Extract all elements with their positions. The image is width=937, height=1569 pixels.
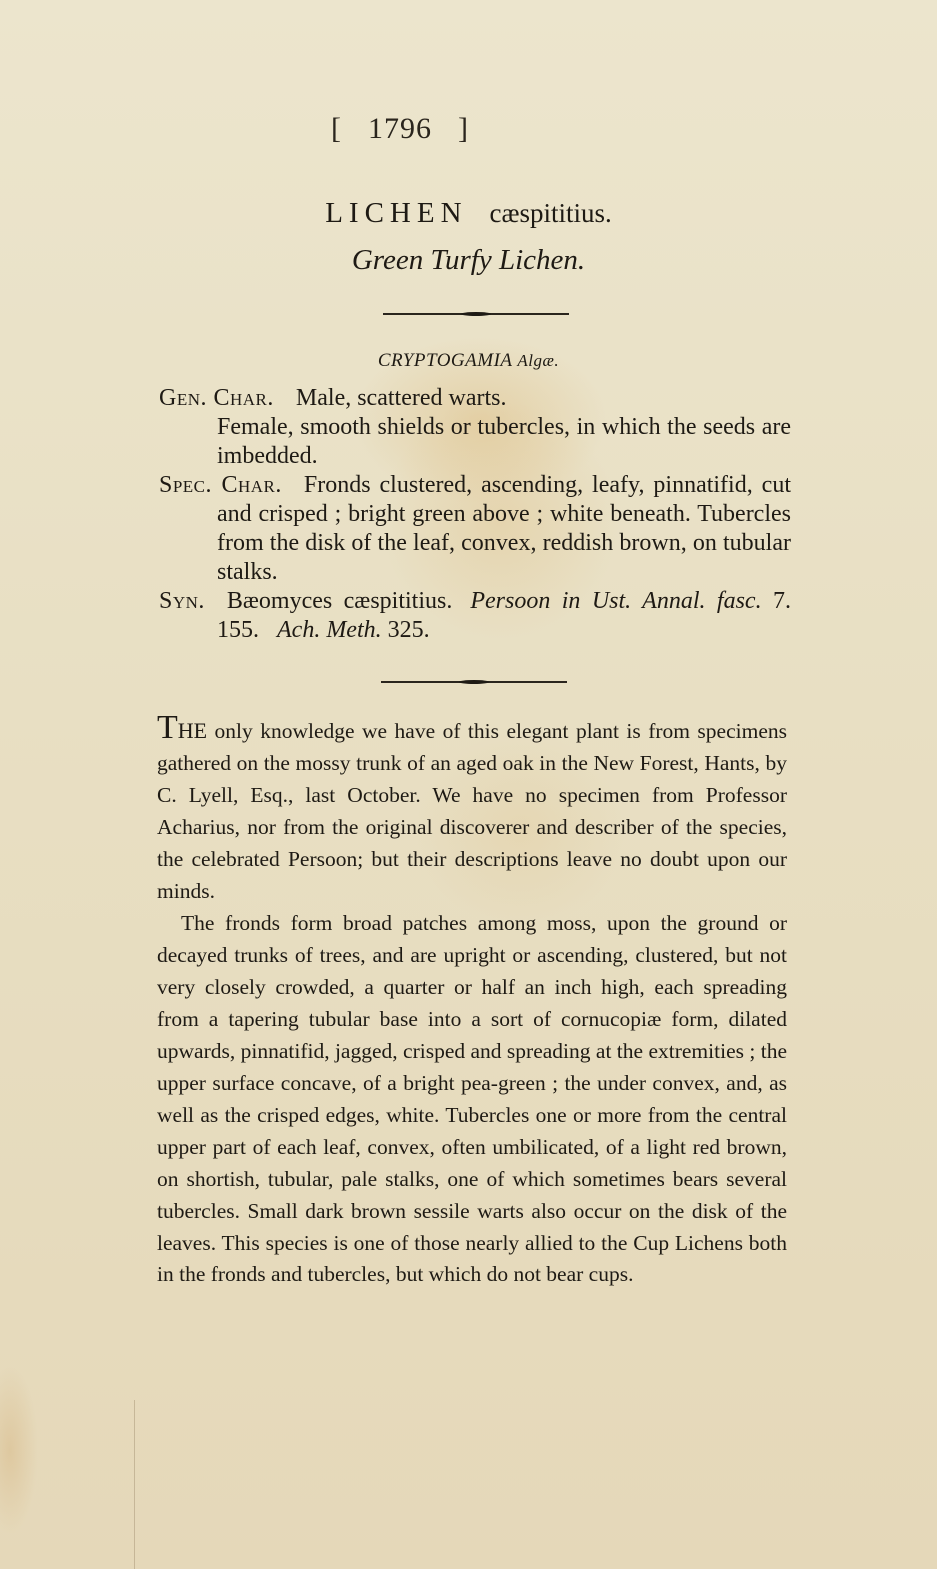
classification: CRYPTOGAMIA Algæ. (0, 350, 937, 372)
generic-character-female-row: Female, smooth shields or tubercles, in … (159, 413, 791, 471)
genus-name: LICHEN (325, 197, 467, 229)
description-body: THE only knowledge we have of this elega… (157, 715, 787, 1291)
synonym-ref-1: Persoon in Ust. Annal. fasc. (470, 588, 761, 614)
scanned-book-page: [1796] LICHENcæspititius. Green Turfy Li… (0, 0, 937, 1569)
species-title: LICHENcæspititius. (0, 196, 937, 230)
paragraph-2: The fronds form broad patches among moss… (157, 908, 787, 1291)
species-epithet: cæspititius. (490, 198, 612, 228)
synonym-name: Bæomyces cæspititius. (227, 588, 452, 614)
character-definitions: Gen. Char.Male, scattered warts. Female,… (159, 384, 791, 645)
synonym-label: Syn. (159, 588, 205, 614)
divider-rule (381, 681, 567, 683)
generic-character-female: Female, smooth shields or tubercles, in … (217, 414, 791, 469)
bracket-close: ] (458, 112, 469, 145)
lead-caps: HE (178, 718, 207, 743)
paragraph-1-text: only knowledge we have of this elegant p… (157, 719, 787, 903)
page-fold-line (134, 1400, 135, 1569)
synonym: Syn.Bæomyces cæspititius.Persoon in Ust.… (159, 587, 791, 645)
divider-rule (383, 313, 569, 315)
synonym-ref-2-num: 325. (388, 617, 430, 643)
specific-character: Spec. Char.Fronds clustered, ascending, … (159, 471, 791, 587)
generic-character-male: Male, scattered warts. (296, 385, 507, 411)
generic-character: Gen. Char.Male, scattered warts. (159, 384, 791, 413)
common-name: Green Turfy Lichen. (0, 244, 937, 277)
page-number: [1796] (0, 112, 800, 146)
bracket-open: [ (331, 112, 342, 145)
specific-character-text: Fronds clustered, ascending, leafy, pinn… (217, 472, 791, 585)
synonym-ref-2: Ach. Meth. (277, 617, 382, 643)
order-name: Algæ. (517, 351, 559, 370)
drop-cap: T (157, 709, 178, 746)
generic-character-label: Gen. Char. (159, 385, 274, 411)
specific-character-label: Spec. Char. (159, 472, 282, 498)
class-name: CRYPTOGAMIA (378, 350, 512, 371)
page-number-value: 1796 (368, 112, 432, 145)
paragraph-1: THE only knowledge we have of this elega… (157, 715, 787, 907)
